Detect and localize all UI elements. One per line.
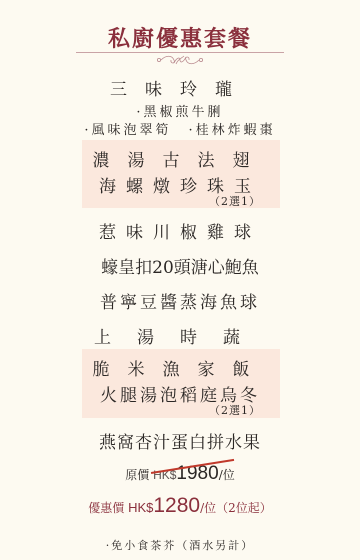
menu-title: 私廚優惠套餐 [0,22,360,53]
original-price: 原價 HK$1980 /位 [0,463,360,485]
course-option: 脆米漁家飯 [0,355,360,380]
course-option: 火腿湯泡稻庭烏冬 [0,381,360,406]
scroll-flourish-icon [156,54,204,66]
promo-price: 優惠價 HK$1280/位（2位起） [0,494,360,518]
original-price-label: 原價 [125,468,149,482]
title-divider [76,52,284,53]
course-sub-item: ·黑椒煎牛脷 [0,101,360,120]
course-name: 三味玲瓏 [0,75,360,100]
footnote: ·免小食茶芥（酒水另計） [0,537,360,553]
course-name: 上湯時蔬 [0,323,360,348]
promo-amount: 1280 [153,494,200,517]
course-option: 海螺燉珍珠玉 [0,172,360,197]
promo-unit: /位（2位起） [200,501,272,515]
choose-note: （2選1） [209,402,261,418]
course-sub-row: ·風味泡翠筍 ·桂林炸蝦棗 [0,119,360,138]
course-sub-item: ·風味泡翠筍 [84,123,171,138]
promo-price-label: 優惠價 [88,501,124,515]
course-name: 惹味川椒雞球 [0,218,360,243]
course-name: 普寧豆醬蒸海魚球 [0,288,360,313]
course-name: 燕窩杏汁蛋白拼水果 [0,428,360,453]
course-option: 濃湯古法翅 [0,146,360,171]
choose-note: （2選1） [209,193,261,209]
original-price-struck: HK$1980 [153,463,219,485]
original-unit: /位 [219,468,235,482]
course-name: 蠔皇扣20頭溏心鮑魚 [0,253,360,278]
course-sub-item: ·桂林炸蝦棗 [189,123,276,138]
promo-currency: HK$ [128,500,153,515]
